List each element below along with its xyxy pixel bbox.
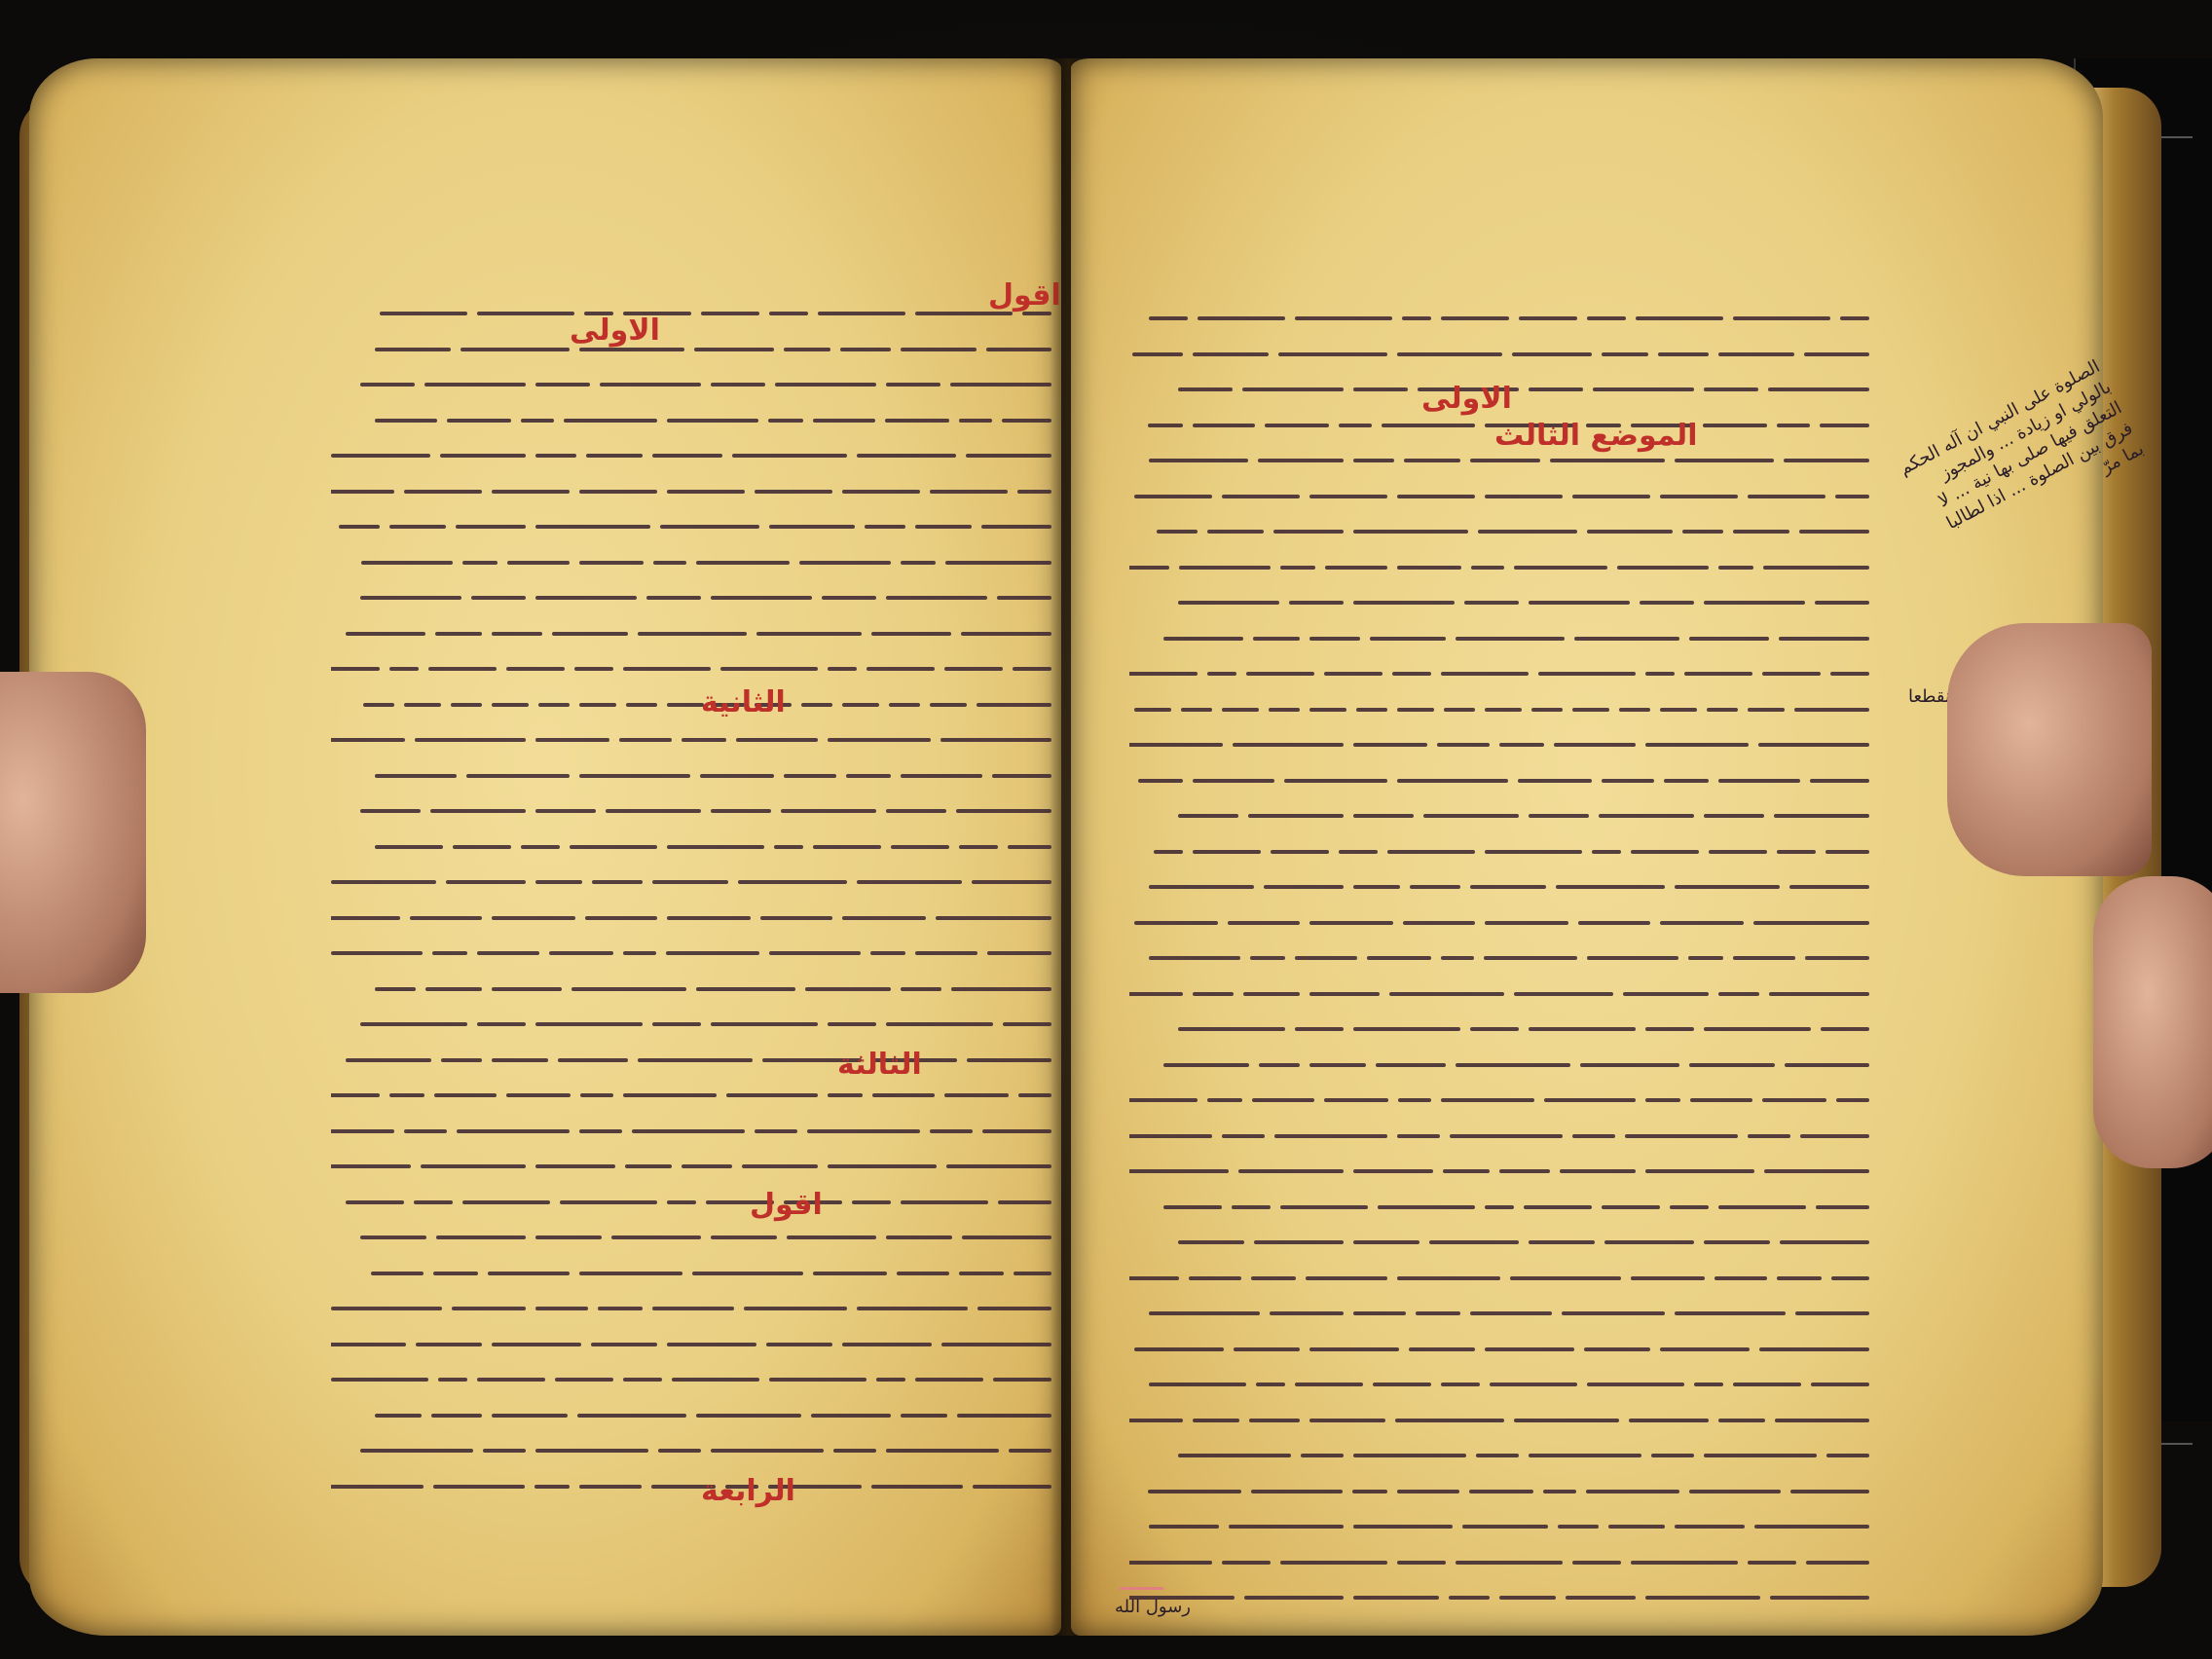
- right-text-block: [1129, 297, 1869, 1494]
- text-line: [331, 861, 1051, 897]
- text-line: [1129, 1008, 1869, 1044]
- right-page: الموضع الثالث الاولى الصلوة على النبي ان…: [1071, 58, 2103, 1636]
- text-line: [331, 434, 1051, 470]
- text-line: [1129, 297, 1869, 333]
- text-line: [331, 1323, 1051, 1359]
- text-line: [331, 719, 1051, 755]
- text-line: [1129, 617, 1869, 653]
- text-line: [331, 968, 1051, 1004]
- text-line: [1129, 1044, 1869, 1080]
- text-line: [1129, 759, 1869, 795]
- rubric-heading: اقول: [750, 1188, 823, 1222]
- text-line: [331, 1287, 1051, 1323]
- text-line: [331, 1216, 1051, 1252]
- text-line: [331, 647, 1051, 683]
- text-line: [331, 612, 1051, 648]
- catchword: رسول الله: [1115, 1597, 1191, 1617]
- text-line: [1129, 937, 1869, 973]
- text-line: [1129, 546, 1869, 582]
- rubric-heading: الثانية: [701, 685, 786, 719]
- left-hand-thumb: [0, 672, 146, 993]
- rubric-heading: الاولى: [570, 313, 660, 348]
- text-line: [1129, 723, 1869, 759]
- text-line: [331, 755, 1051, 791]
- text-line: [1129, 1363, 1869, 1399]
- text-line: [331, 292, 1051, 328]
- text-line: [1129, 1399, 1869, 1435]
- text-line: [1129, 1221, 1869, 1257]
- text-line: [331, 790, 1051, 826]
- rubric-heading: الاولى: [1421, 382, 1512, 416]
- text-line: [1129, 1079, 1869, 1115]
- text-line: [1129, 688, 1869, 724]
- text-line: [1129, 794, 1869, 830]
- catchword-rule: [1120, 1587, 1163, 1590]
- text-line: [331, 470, 1051, 506]
- text-line: [331, 1003, 1051, 1039]
- text-line: [331, 399, 1051, 435]
- right-hand-fingers: [2093, 876, 2212, 1168]
- right-hand-thumb: [1947, 623, 2152, 876]
- text-line: [331, 576, 1051, 612]
- text-line: [331, 1394, 1051, 1430]
- text-line: [1129, 333, 1869, 369]
- text-line: [331, 505, 1051, 541]
- left-text-block: [331, 292, 1051, 1490]
- text-line: [1129, 1115, 1869, 1151]
- text-line: [1129, 1576, 1869, 1612]
- text-line: [1129, 866, 1869, 902]
- text-line: [1129, 1257, 1869, 1293]
- text-line: [331, 826, 1051, 862]
- text-line: [331, 328, 1051, 364]
- text-line: [1129, 581, 1869, 617]
- text-line: [1129, 830, 1869, 866]
- rubric-heading: الموضع الثالث: [1494, 419, 1697, 453]
- text-line: [1129, 902, 1869, 938]
- rubric-heading: الرابعة: [701, 1474, 795, 1508]
- left-page: اقول الاولى الثانية الثالثة اقول الرابعة: [29, 58, 1061, 1636]
- rubric-heading: الثالثة: [837, 1048, 922, 1082]
- text-line: [331, 1252, 1051, 1288]
- text-line: [331, 1074, 1051, 1110]
- text-line: [331, 897, 1051, 933]
- text-line: [331, 1110, 1051, 1146]
- text-line: [331, 932, 1051, 968]
- text-line: [331, 1039, 1051, 1075]
- text-line: [1129, 510, 1869, 546]
- text-line: [1129, 973, 1869, 1009]
- text-line: [1129, 1541, 1869, 1577]
- text-line: [1129, 475, 1869, 511]
- text-line: [331, 683, 1051, 719]
- text-line: [331, 1465, 1051, 1501]
- text-line: [331, 1145, 1051, 1181]
- text-line: [1129, 1150, 1869, 1186]
- text-line: [1129, 652, 1869, 688]
- text-line: [331, 1429, 1051, 1465]
- text-line: [331, 541, 1051, 577]
- text-line: [1129, 1186, 1869, 1222]
- text-line: [1129, 1505, 1869, 1541]
- text-line: [1129, 1470, 1869, 1506]
- text-line: [331, 1358, 1051, 1394]
- text-line: [1129, 1292, 1869, 1328]
- open-manuscript: اقول الاولى الثانية الثالثة اقول الرابعة…: [29, 19, 2152, 1655]
- text-line: [331, 1181, 1051, 1217]
- text-line: [1129, 1434, 1869, 1470]
- text-line: [331, 363, 1051, 399]
- text-line: [1129, 1328, 1869, 1364]
